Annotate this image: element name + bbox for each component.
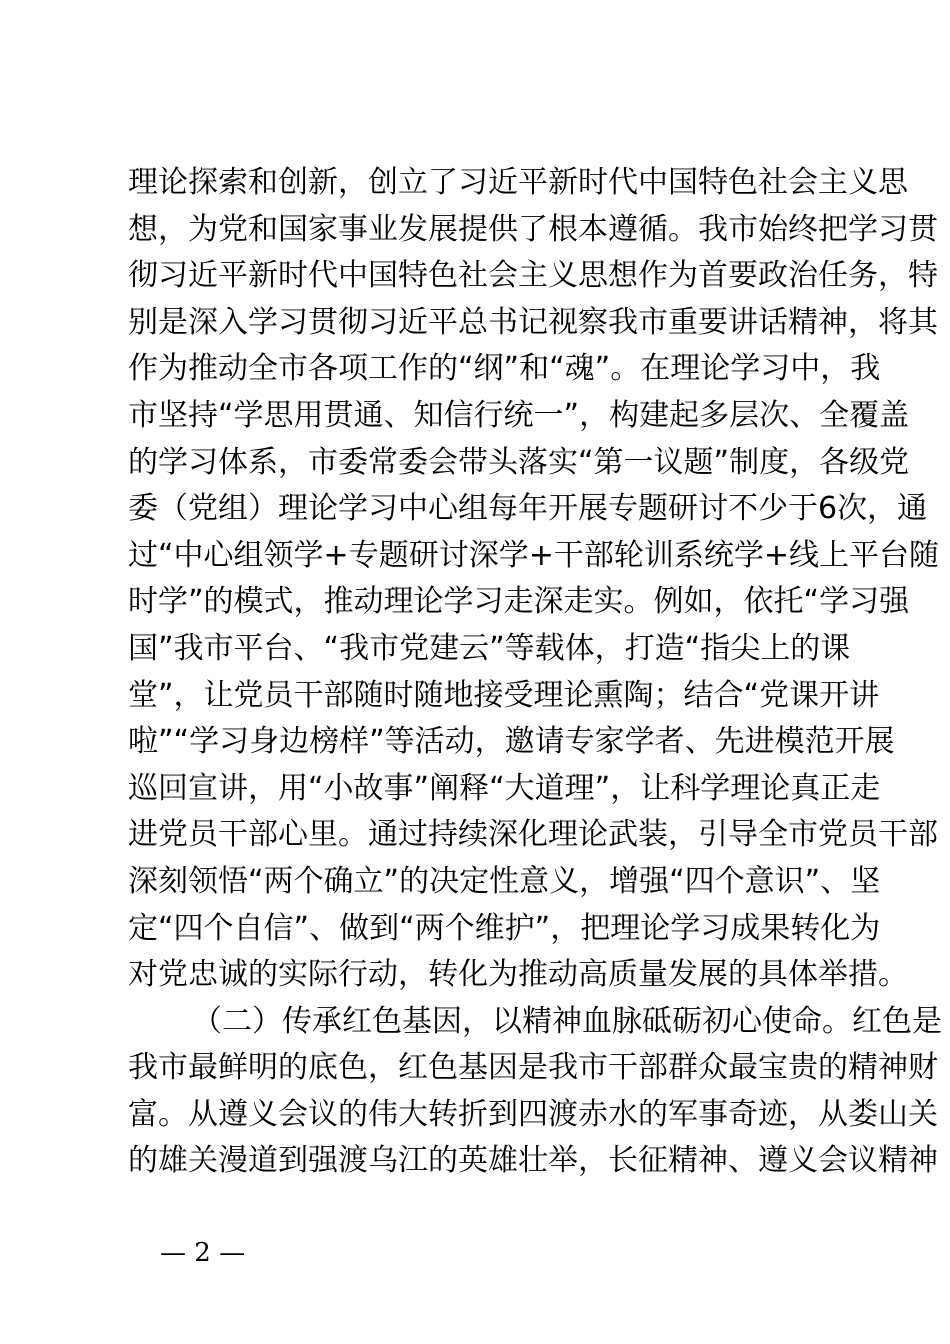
text-line: 的雄关漫道到强渡乌江的英雄壮举，长征精神、遵义会议精神 bbox=[128, 1138, 838, 1185]
text-line: 理论探索和创新，创立了习近平新时代中国特色社会主义思 bbox=[128, 160, 838, 207]
text-line: 时学”的模式，推动理论学习走深走实。例如，依托“学习强 bbox=[128, 579, 838, 626]
text-line: 巡回宣讲，用“小故事”阐释“大道理”，让科学理论真正走 bbox=[128, 766, 838, 813]
text-line: 我市最鲜明的底色，红色基因是我市干部群众最宝贵的精神财 bbox=[128, 1045, 838, 1092]
text-line: 啦”“学习身边榜样”等活动，邀请专家学者、先进模范开展 bbox=[128, 719, 838, 766]
text-line: 委（党组）理论学习中心组每年开展专题研讨不少于6次，通 bbox=[128, 486, 838, 533]
text-line: 对党忠诚的实际行动，转化为推动高质量发展的具体举措。 bbox=[128, 952, 838, 999]
document-body: 理论探索和创新，创立了习近平新时代中国特色社会主义思 想，为党和国家事业发展提供… bbox=[128, 160, 838, 1185]
text-line: 进党员干部心里。通过持续深化理论武装，引导全市党员干部 bbox=[128, 812, 838, 859]
paragraph-theory-study: 理论探索和创新，创立了习近平新时代中国特色社会主义思 想，为党和国家事业发展提供… bbox=[128, 160, 838, 999]
text-line: 作为推动全市各项工作的“纲”和“魂”。在理论学习中，我 bbox=[128, 346, 838, 393]
text-line: 的学习体系，市委常委会带头落实“第一议题”制度，各级党 bbox=[128, 440, 838, 487]
text-line: 堂”，让党员干部随时随地接受理论熏陶；结合“党课开讲 bbox=[128, 673, 838, 720]
section-heading-line: （二）传承红色基因，以精神血脉砥砺初心使命。红色是 bbox=[128, 999, 838, 1046]
text-line: 富。从遵义会议的伟大转折到四渡赤水的军事奇迹，从娄山关 bbox=[128, 1092, 838, 1139]
text-line: 市坚持“学思用贯通、知信行统一”，构建起多层次、全覆盖 bbox=[128, 393, 838, 440]
text-line: 想，为党和国家事业发展提供了根本遵循。我市始终把学习贯 bbox=[128, 207, 838, 254]
document-page: 理论探索和创新，创立了习近平新时代中国特色社会主义思 想，为党和国家事业发展提供… bbox=[0, 0, 950, 1344]
text-line: 定“四个自信”、做到“两个维护”，把理论学习成果转化为 bbox=[128, 906, 838, 953]
text-line: 别是深入学习贯彻习近平总书记视察我市重要讲话精神，将其 bbox=[128, 300, 838, 347]
text-line: 深刻领悟“两个确立”的决定性意义，增强“四个意识”、坚 bbox=[128, 859, 838, 906]
paragraph-red-gene: （二）传承红色基因，以精神血脉砥砺初心使命。红色是 我市最鲜明的底色，红色基因是… bbox=[128, 999, 838, 1185]
text-line: 过“中心组领学+专题研讨深学+干部轮训系统学+线上平台随 bbox=[128, 533, 838, 580]
page-number: — 2 — bbox=[160, 1238, 245, 1268]
text-line: 彻习近平新时代中国特色社会主义思想作为首要政治任务，特 bbox=[128, 253, 838, 300]
text-line: 国”我市平台、“我市党建云”等载体，打造“指尖上的课 bbox=[128, 626, 838, 673]
